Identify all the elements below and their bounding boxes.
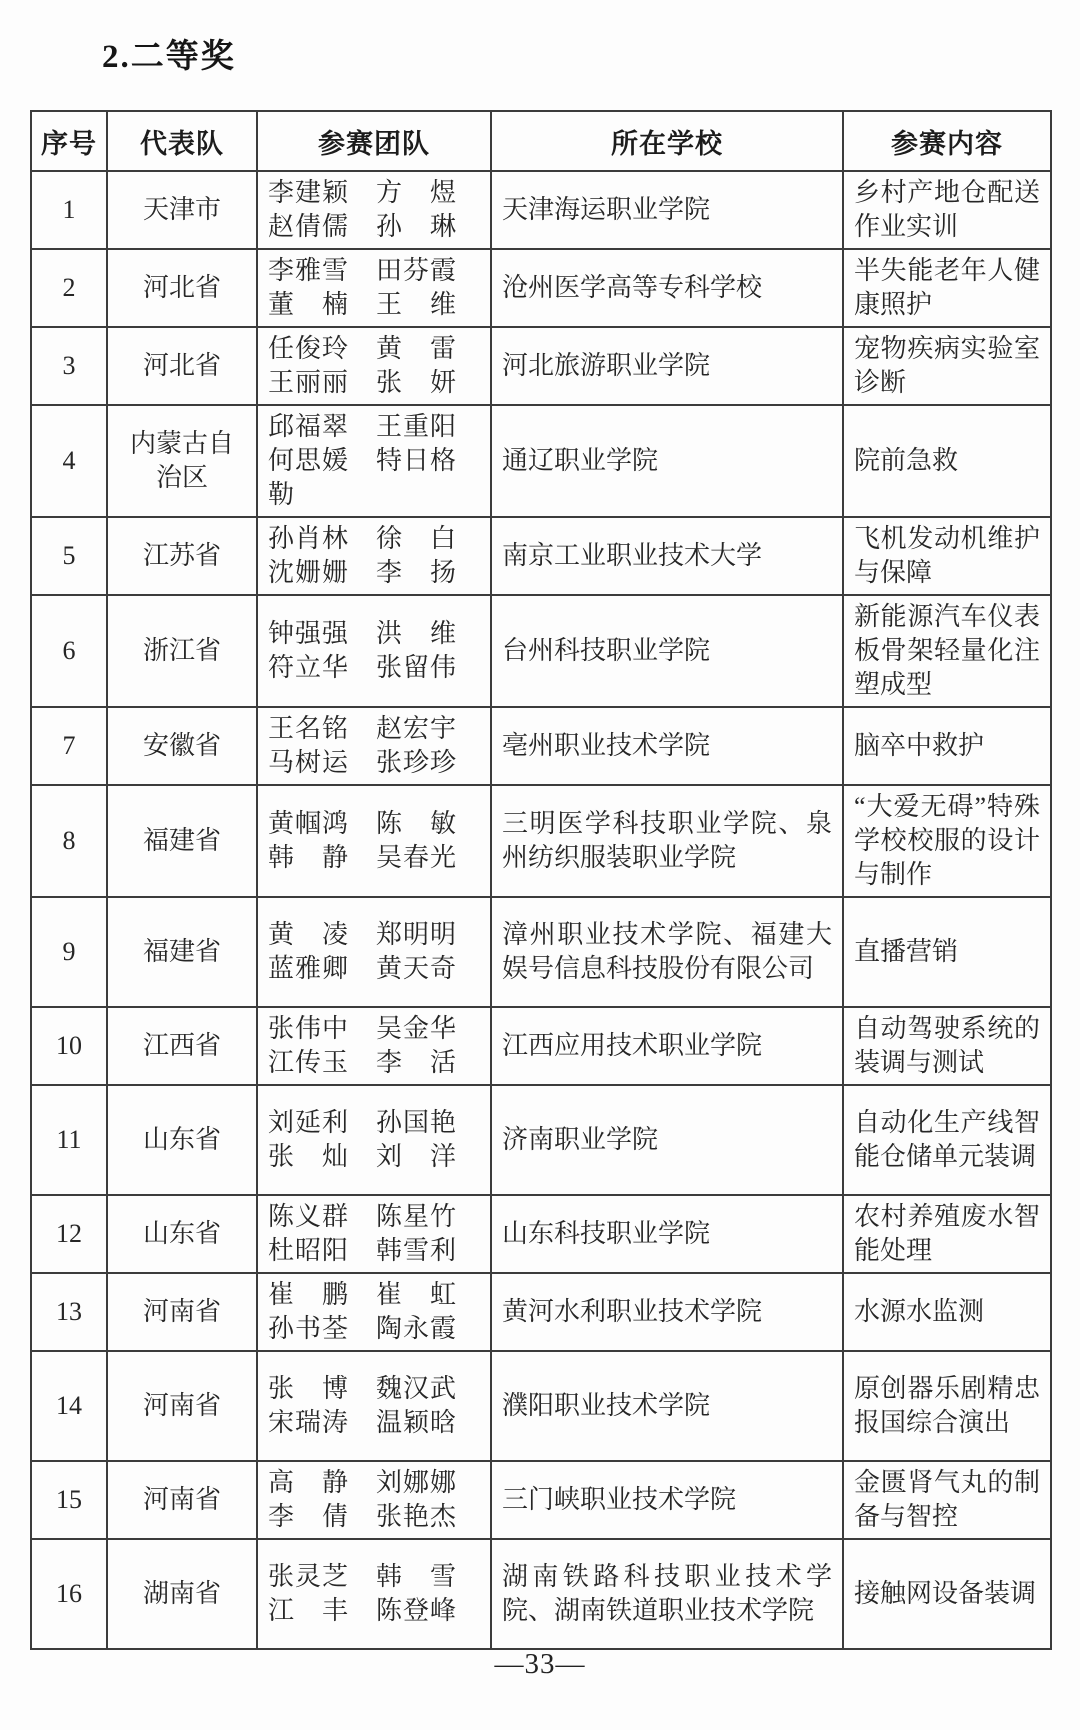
competition-content-cell: 自动驾驶系统的装调与测试 bbox=[843, 1007, 1051, 1085]
team-members-cell: 王名铭 赵宏宇 马树运 张珍珍 bbox=[257, 707, 491, 785]
table-row: 15河南省高 静 刘娜娜 李 倩 张艳杰三门峡职业技术学院金匮肾气丸的制备与智控 bbox=[31, 1461, 1051, 1539]
delegation-cell: 安徽省 bbox=[107, 707, 257, 785]
delegation-cell: 福建省 bbox=[107, 785, 257, 897]
team-members-cell: 张灵芝 韩 雪 江 丰 陈登峰 bbox=[257, 1539, 491, 1649]
school-cell: 亳州职业技术学院 bbox=[491, 707, 843, 785]
table-row: 5江苏省孙肖林 徐 白 沈姗姗 李 扬南京工业职业技术大学飞机发动机维护与保障 bbox=[31, 517, 1051, 595]
row-number-cell: 14 bbox=[31, 1351, 107, 1461]
school-cell: 河北旅游职业学院 bbox=[491, 327, 843, 405]
team-members-cell: 孙肖林 徐 白 沈姗姗 李 扬 bbox=[257, 517, 491, 595]
table-header: 序号 代表队 参赛团队 所在学校 参赛内容 bbox=[31, 111, 1051, 171]
delegation-cell: 山东省 bbox=[107, 1195, 257, 1273]
team-members-cell: 刘延利 孙国艳 张 灿 刘 洋 bbox=[257, 1085, 491, 1195]
table-row: 10江西省张伟中 吴金华 江传玉 李 活江西应用技术职业学院自动驾驶系统的装调与… bbox=[31, 1007, 1051, 1085]
competition-content-cell: 水源水监测 bbox=[843, 1273, 1051, 1351]
team-members-cell: 陈义群 陈星竹 杜昭阳 韩雪利 bbox=[257, 1195, 491, 1273]
school-cell: 湖南铁路科技职业技术学院、湖南铁道职业技术学院 bbox=[491, 1539, 843, 1649]
row-number-cell: 6 bbox=[31, 595, 107, 707]
row-number-cell: 16 bbox=[31, 1539, 107, 1649]
school-cell: 通辽职业学院 bbox=[491, 405, 843, 517]
row-number-cell: 5 bbox=[31, 517, 107, 595]
competition-content-cell: 接触网设备装调 bbox=[843, 1539, 1051, 1649]
delegation-cell: 天津市 bbox=[107, 171, 257, 249]
competition-content-cell: 院前急救 bbox=[843, 405, 1051, 517]
delegation-cell: 河南省 bbox=[107, 1351, 257, 1461]
row-number-cell: 13 bbox=[31, 1273, 107, 1351]
delegation-cell: 河南省 bbox=[107, 1273, 257, 1351]
team-members-cell: 钟强强 洪 维 符立华 张留伟 bbox=[257, 595, 491, 707]
header-row: 序号 代表队 参赛团队 所在学校 参赛内容 bbox=[31, 111, 1051, 171]
team-members-cell: 邱福翠 王重阳 何思媛 特日格 勒 bbox=[257, 405, 491, 517]
team-members-cell: 任俊玲 黄 雷 王丽丽 张 妍 bbox=[257, 327, 491, 405]
team-members-cell: 高 静 刘娜娜 李 倩 张艳杰 bbox=[257, 1461, 491, 1539]
school-cell: 天津海运职业学院 bbox=[491, 171, 843, 249]
school-cell: 漳州职业技术学院、福建大娱号信息科技股份有限公司 bbox=[491, 897, 843, 1007]
competition-content-cell: 新能源汽车仪表板骨架轻量化注塑成型 bbox=[843, 595, 1051, 707]
row-number-cell: 12 bbox=[31, 1195, 107, 1273]
document-page: 2.二等奖 序号 代表队 参赛团队 所在学校 参赛内容 1天津市李建颖 方 煜 … bbox=[0, 0, 1080, 1730]
team-members-cell: 张 博 魏汉武 宋瑞涛 温颖晗 bbox=[257, 1351, 491, 1461]
competition-content-cell: 半失能老年人健康照护 bbox=[843, 249, 1051, 327]
competition-content-cell: “大爱无碍”特殊学校校服的设计与制作 bbox=[843, 785, 1051, 897]
school-cell: 山东科技职业学院 bbox=[491, 1195, 843, 1273]
school-cell: 濮阳职业技术学院 bbox=[491, 1351, 843, 1461]
row-number-cell: 15 bbox=[31, 1461, 107, 1539]
table-row: 3河北省任俊玲 黄 雷 王丽丽 张 妍河北旅游职业学院宠物疾病实验室诊断 bbox=[31, 327, 1051, 405]
row-number-cell: 10 bbox=[31, 1007, 107, 1085]
team-members-cell: 张伟中 吴金华 江传玉 李 活 bbox=[257, 1007, 491, 1085]
delegation-cell: 河北省 bbox=[107, 327, 257, 405]
row-number-cell: 4 bbox=[31, 405, 107, 517]
table-row: 9福建省黄 凌 郑明明 蓝雅卿 黄天奇漳州职业技术学院、福建大娱号信息科技股份有… bbox=[31, 897, 1051, 1007]
school-cell: 台州科技职业学院 bbox=[491, 595, 843, 707]
team-members-cell: 李建颖 方 煜 赵倩儒 孙 琳 bbox=[257, 171, 491, 249]
row-number-cell: 1 bbox=[31, 171, 107, 249]
delegation-cell: 河南省 bbox=[107, 1461, 257, 1539]
delegation-cell: 山东省 bbox=[107, 1085, 257, 1195]
second-prize-table: 序号 代表队 参赛团队 所在学校 参赛内容 1天津市李建颖 方 煜 赵倩儒 孙 … bbox=[30, 110, 1052, 1650]
column-header-school: 所在学校 bbox=[491, 111, 843, 171]
table-row: 12山东省陈义群 陈星竹 杜昭阳 韩雪利山东科技职业学院农村养殖废水智能处理 bbox=[31, 1195, 1051, 1273]
competition-content-cell: 飞机发动机维护与保障 bbox=[843, 517, 1051, 595]
competition-content-cell: 乡村产地仓配送作业实训 bbox=[843, 171, 1051, 249]
competition-content-cell: 宠物疾病实验室诊断 bbox=[843, 327, 1051, 405]
section-title: 2.二等奖 bbox=[102, 30, 236, 77]
column-header-delegation: 代表队 bbox=[107, 111, 257, 171]
delegation-cell: 河北省 bbox=[107, 249, 257, 327]
table-row: 6浙江省钟强强 洪 维 符立华 张留伟台州科技职业学院新能源汽车仪表板骨架轻量化… bbox=[31, 595, 1051, 707]
column-header-content: 参赛内容 bbox=[843, 111, 1051, 171]
row-number-cell: 2 bbox=[31, 249, 107, 327]
row-number-cell: 11 bbox=[31, 1085, 107, 1195]
delegation-cell: 浙江省 bbox=[107, 595, 257, 707]
school-cell: 南京工业职业技术大学 bbox=[491, 517, 843, 595]
table-row: 14河南省张 博 魏汉武 宋瑞涛 温颖晗濮阳职业技术学院原创器乐剧精忠报国综合演… bbox=[31, 1351, 1051, 1461]
school-cell: 济南职业学院 bbox=[491, 1085, 843, 1195]
competition-content-cell: 自动化生产线智能仓储单元装调 bbox=[843, 1085, 1051, 1195]
team-members-cell: 黄帼鸿 陈 敏 韩 静 吴春光 bbox=[257, 785, 491, 897]
delegation-cell: 江西省 bbox=[107, 1007, 257, 1085]
team-members-cell: 崔 鹏 崔 虹 孙书荃 陶永霞 bbox=[257, 1273, 491, 1351]
table-row: 1天津市李建颖 方 煜 赵倩儒 孙 琳天津海运职业学院乡村产地仓配送作业实训 bbox=[31, 171, 1051, 249]
school-cell: 黄河水利职业技术学院 bbox=[491, 1273, 843, 1351]
row-number-cell: 9 bbox=[31, 897, 107, 1007]
table-row: 7安徽省王名铭 赵宏宇 马树运 张珍珍亳州职业技术学院脑卒中救护 bbox=[31, 707, 1051, 785]
competition-content-cell: 原创器乐剧精忠报国综合演出 bbox=[843, 1351, 1051, 1461]
table-row: 11山东省刘延利 孙国艳 张 灿 刘 洋济南职业学院自动化生产线智能仓储单元装调 bbox=[31, 1085, 1051, 1195]
column-header-team: 参赛团队 bbox=[257, 111, 491, 171]
school-cell: 三明医学科技职业学院、泉州纺织服装职业学院 bbox=[491, 785, 843, 897]
table-row: 13河南省崔 鹏 崔 虹 孙书荃 陶永霞黄河水利职业技术学院水源水监测 bbox=[31, 1273, 1051, 1351]
competition-content-cell: 农村养殖废水智能处理 bbox=[843, 1195, 1051, 1273]
table-row: 16湖南省张灵芝 韩 雪 江 丰 陈登峰湖南铁路科技职业技术学院、湖南铁道职业技… bbox=[31, 1539, 1051, 1649]
row-number-cell: 3 bbox=[31, 327, 107, 405]
competition-content-cell: 金匮肾气丸的制备与智控 bbox=[843, 1461, 1051, 1539]
row-number-cell: 8 bbox=[31, 785, 107, 897]
table-row: 2河北省李雅雪 田芬霞 董 楠 王 维沧州医学高等专科学校半失能老年人健康照护 bbox=[31, 249, 1051, 327]
competition-content-cell: 脑卒中救护 bbox=[843, 707, 1051, 785]
delegation-cell: 福建省 bbox=[107, 897, 257, 1007]
school-cell: 三门峡职业技术学院 bbox=[491, 1461, 843, 1539]
delegation-cell: 湖南省 bbox=[107, 1539, 257, 1649]
row-number-cell: 7 bbox=[31, 707, 107, 785]
team-members-cell: 黄 凌 郑明明 蓝雅卿 黄天奇 bbox=[257, 897, 491, 1007]
table-row: 8福建省黄帼鸿 陈 敏 韩 静 吴春光三明医学科技职业学院、泉州纺织服装职业学院… bbox=[31, 785, 1051, 897]
team-members-cell: 李雅雪 田芬霞 董 楠 王 维 bbox=[257, 249, 491, 327]
competition-content-cell: 直播营销 bbox=[843, 897, 1051, 1007]
delegation-cell: 江苏省 bbox=[107, 517, 257, 595]
school-cell: 江西应用技术职业学院 bbox=[491, 1007, 843, 1085]
table-row: 4内蒙古自 治区邱福翠 王重阳 何思媛 特日格 勒通辽职业学院院前急救 bbox=[31, 405, 1051, 517]
page-number: —33— bbox=[0, 1648, 1080, 1681]
delegation-cell: 内蒙古自 治区 bbox=[107, 405, 257, 517]
table-body: 1天津市李建颖 方 煜 赵倩儒 孙 琳天津海运职业学院乡村产地仓配送作业实训2河… bbox=[31, 171, 1051, 1649]
column-header-no: 序号 bbox=[31, 111, 107, 171]
school-cell: 沧州医学高等专科学校 bbox=[491, 249, 843, 327]
